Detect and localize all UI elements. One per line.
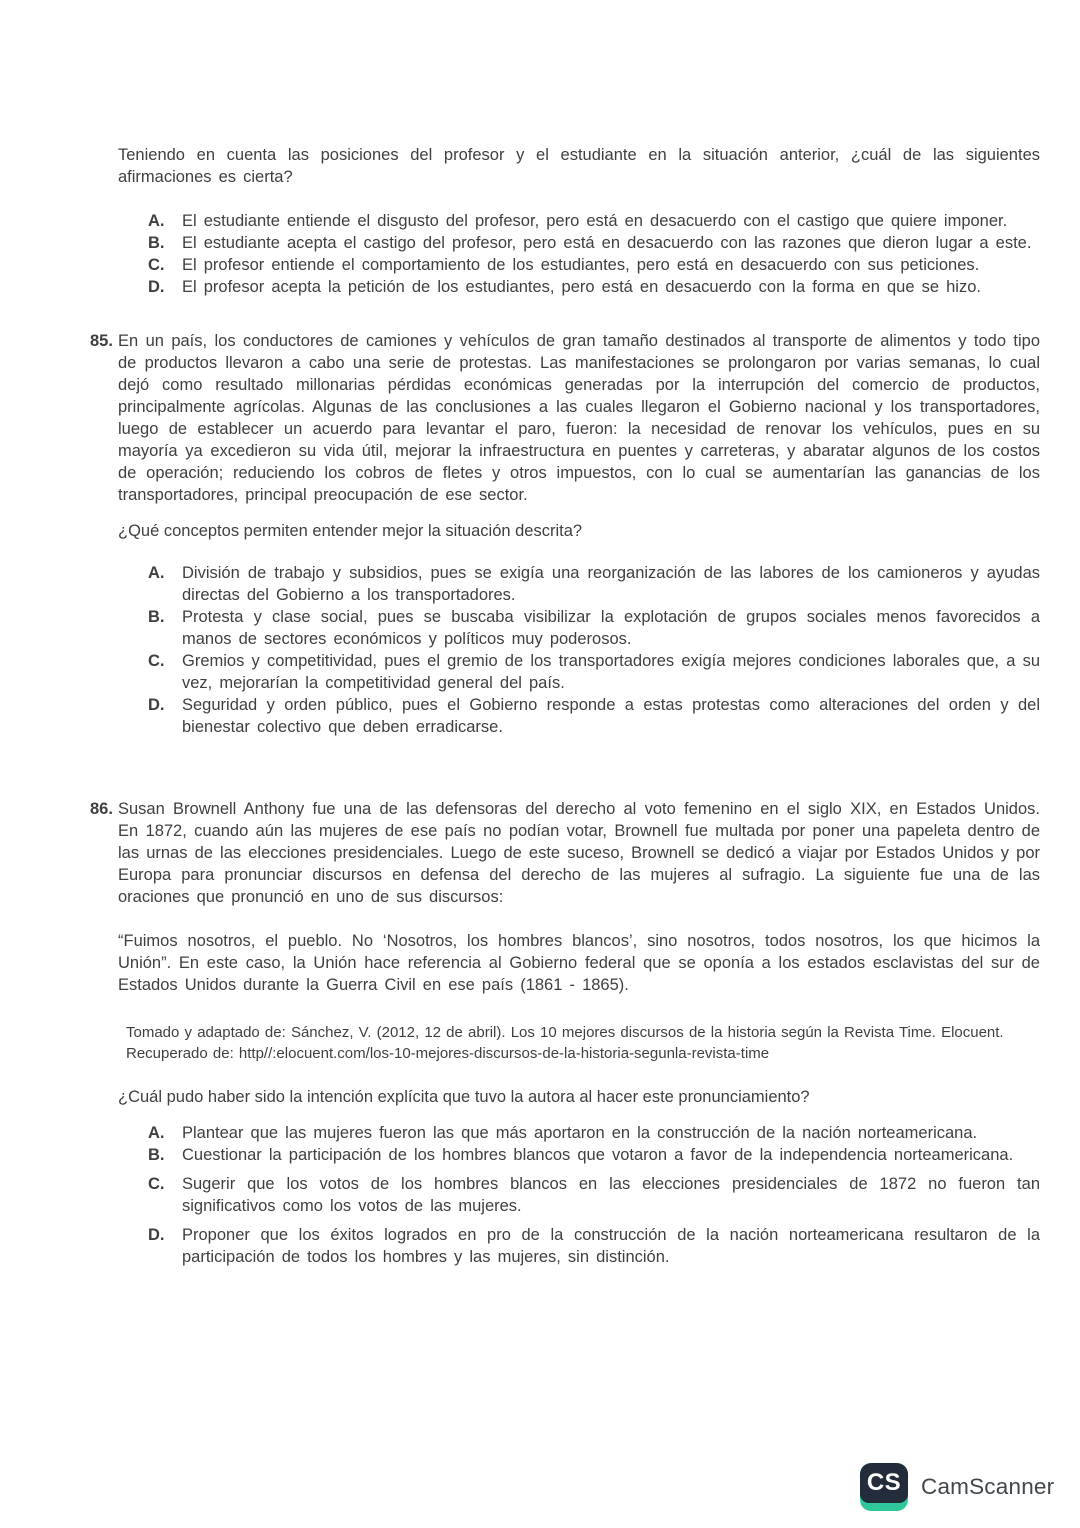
option-text: División de trabajo y subsidios, pues se… [182,562,1040,606]
question-85-option-a: A. División de trabajo y subsidios, pues… [148,562,1040,606]
question-85-options: A. División de trabajo y subsidios, pues… [148,562,1040,738]
intro-option-b: B. El estudiante acepta el castigo del p… [148,232,1040,254]
option-text: Gremios y competitividad, pues el gremio… [182,650,1040,694]
question-86-number: 86. [90,798,113,820]
option-text: El profesor entiende el comportamiento d… [182,254,1040,276]
question-86-body: Susan Brownell Anthony fue una de las de… [118,798,1040,908]
option-text: El estudiante acepta el castigo del prof… [182,232,1040,254]
option-text: Cuestionar la participación de los hombr… [182,1144,1040,1166]
intro-question-prompt: Teniendo en cuenta las posiciones del pr… [118,144,1040,188]
option-letter: C. [148,1173,182,1217]
camscanner-watermark: CS CamScanner [860,1463,1054,1511]
camscanner-logo-icon: CS [860,1463,908,1511]
question-85-option-d: D. Seguridad y orden público, pues el Go… [148,694,1040,738]
option-letter: D. [148,694,182,738]
option-text: El profesor acepta la petición de los es… [182,276,1040,298]
option-text: Sugerir que los votos de los hombres bla… [182,1173,1040,1217]
option-text: Seguridad y orden público, pues el Gobie… [182,694,1040,738]
option-text: Proponer que los éxitos logrados en pro … [182,1224,1040,1268]
option-text: Protesta y clase social, pues se buscaba… [182,606,1040,650]
camscanner-logo-letters: CS [860,1463,908,1503]
option-letter: D. [148,276,182,298]
question-85: 85. En un país, los conductores de camio… [90,330,1040,738]
question-86-options: A. Plantear que las mujeres fueron las q… [148,1122,1040,1268]
question-86-quote: “Fuimos nosotros, el pueblo. No ‘Nosotro… [118,930,1040,996]
page-content: Teniendo en cuenta las posiciones del pr… [90,144,1040,1268]
intro-option-a: A. El estudiante entiende el disgusto de… [148,210,1040,232]
question-85-option-c: C. Gremios y competitividad, pues el gre… [148,650,1040,694]
option-letter: B. [148,1144,182,1166]
option-letter: B. [148,232,182,254]
question-intro-block: Teniendo en cuenta las posiciones del pr… [118,144,1040,298]
question-86-option-c: C. Sugerir que los votos de los hombres … [148,1173,1040,1217]
question-86-citation: Tomado y adaptado de: Sánchez, V. (2012,… [126,1022,1040,1064]
camscanner-brand-text: CamScanner [921,1474,1054,1500]
option-letter: A. [148,562,182,606]
option-letter: A. [148,1122,182,1144]
question-86-option-d: D. Proponer que los éxitos logrados en p… [148,1224,1040,1268]
option-letter: C. [148,254,182,276]
question-85-option-b: B. Protesta y clase social, pues se busc… [148,606,1040,650]
question-86-option-b: B. Cuestionar la participación de los ho… [148,1144,1040,1166]
question-85-body: En un país, los conductores de camiones … [118,330,1040,506]
option-letter: B. [148,606,182,650]
question-86-prompt: ¿Cuál pudo haber sido la intención explí… [118,1086,1040,1108]
question-85-number: 85. [90,330,113,352]
question-85-prompt: ¿Qué conceptos permiten entender mejor l… [118,520,1040,542]
intro-options: A. El estudiante entiende el disgusto de… [148,210,1040,298]
option-letter: D. [148,1224,182,1268]
option-letter: A. [148,210,182,232]
intro-option-c: C. El profesor entiende el comportamient… [148,254,1040,276]
question-86: 86. Susan Brownell Anthony fue una de la… [90,798,1040,1268]
intro-option-d: D. El profesor acepta la petición de los… [148,276,1040,298]
question-86-option-a: A. Plantear que las mujeres fueron las q… [148,1122,1040,1144]
option-text: El estudiante entiende el disgusto del p… [182,210,1040,232]
option-letter: C. [148,650,182,694]
option-text: Plantear que las mujeres fueron las que … [182,1122,1040,1144]
scanned-exam-page: Teniendo en cuenta las posiciones del pr… [0,0,1080,1528]
